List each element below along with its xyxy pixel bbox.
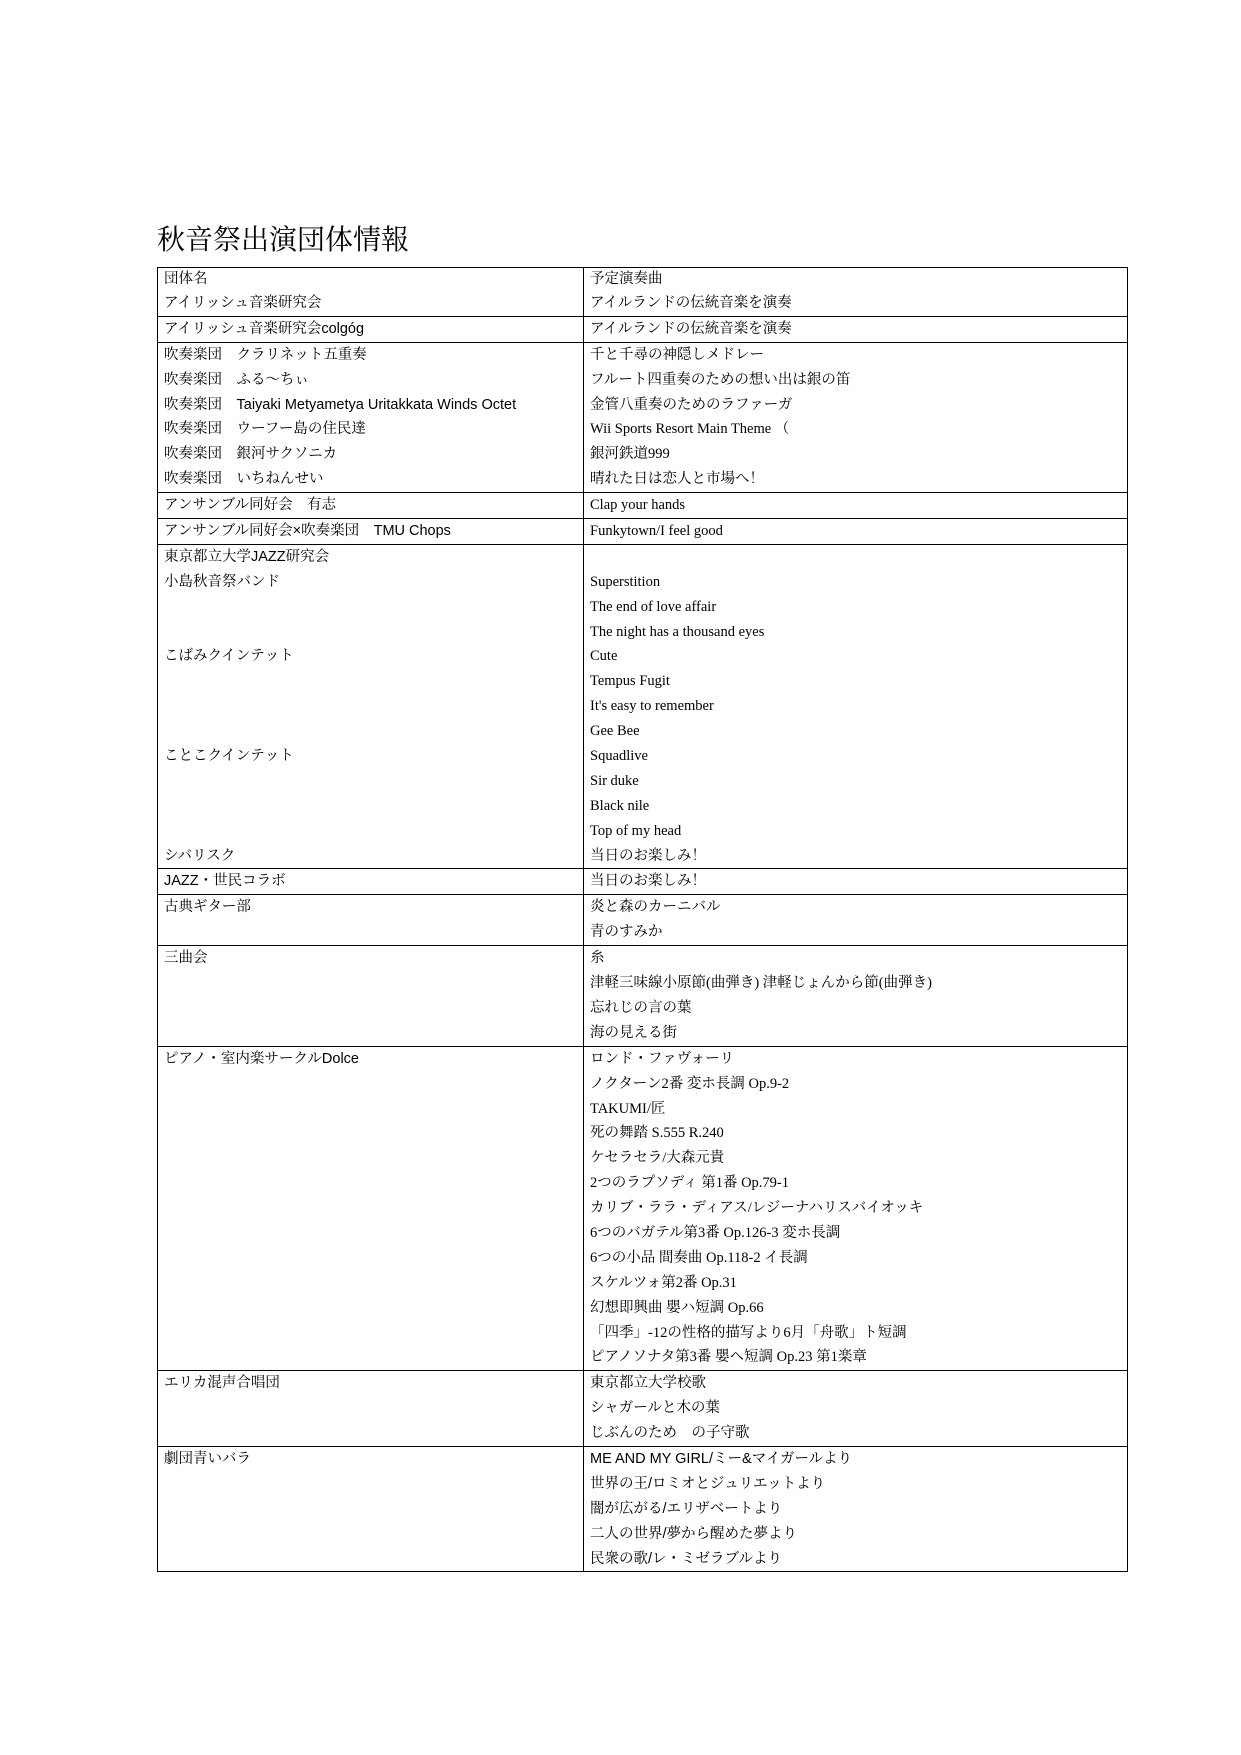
group-name-line: 吹奏楽団 クラリネット五重奏: [164, 343, 583, 368]
group-name-line: エリカ混声合唱団: [164, 1371, 583, 1396]
group-name-line: ことこクインテット: [164, 744, 583, 769]
song-line: 炎と森のカーニバル: [590, 895, 1127, 920]
group-cell: アイリッシュ音楽研究会colgóg: [158, 317, 584, 342]
performance-groups-table: 団体名 予定演奏曲 アイリッシュ音楽研究会アイルランドの伝統音楽を演奏アイリッシ…: [157, 267, 1128, 1572]
group-name-line: [164, 1196, 583, 1221]
songs-cell: アイルランドの伝統音楽を演奏: [584, 291, 1127, 316]
group-name-line: [164, 694, 583, 719]
song-line: It's easy to remember: [590, 694, 1127, 719]
group-cell: 古典ギター部: [158, 895, 584, 945]
group-name-line: 吹奏楽団 ふる〜ちぃ: [164, 368, 583, 393]
page-title: 秋音祭出演団体情報: [157, 218, 409, 258]
group-name-line: [164, 794, 583, 819]
group-name-line: [164, 1421, 583, 1446]
song-line: アイルランドの伝統音楽を演奏: [590, 317, 1127, 342]
song-line: 糸: [590, 946, 1127, 971]
group-name-line: [164, 1072, 583, 1097]
song-line: 6つのバガテル第3番 Op.126-3 変ホ長調: [590, 1221, 1127, 1246]
table-row: 古典ギター部炎と森のカーニバル青のすみか: [158, 894, 1127, 945]
group-cell: アンサンブル同好会×吹奏楽団 TMU Chops: [158, 519, 584, 544]
group-name-line: [164, 1321, 583, 1346]
group-name-line: 劇団青いバラ: [164, 1447, 583, 1472]
song-line: TAKUMI/匠: [590, 1097, 1127, 1122]
songs-cell: 炎と森のカーニバル青のすみか: [584, 895, 1127, 945]
group-name-line: アンサンブル同好会×吹奏楽団 TMU Chops: [164, 519, 583, 544]
songs-cell: アイルランドの伝統音楽を演奏: [584, 317, 1127, 342]
song-line: 世界の王/ロミオとジュリエットより: [590, 1472, 1127, 1497]
group-name-line: [164, 1296, 583, 1321]
song-line: Black nile: [590, 794, 1127, 819]
group-name-line: 東京都立大学JAZZ研究会: [164, 545, 583, 570]
song-line: 青のすみか: [590, 920, 1127, 945]
song-line: シャガールと木の葉: [590, 1396, 1127, 1421]
song-line: カリブ・ララ・ディアス/レジーナハリスバイオッキ: [590, 1196, 1127, 1221]
song-line: 晴れた日は恋人と市場へ！: [590, 467, 1127, 492]
song-line: ケセラセラ/大森元貴: [590, 1146, 1127, 1171]
group-cell: アンサンブル同好会 有志: [158, 493, 584, 518]
song-line: Gee Bee: [590, 719, 1127, 744]
song-line: 闇が広がる/エリザベートより: [590, 1497, 1127, 1522]
song-line: ピアノソナタ第3番 嬰ヘ短調 Op.23 第1楽章: [590, 1345, 1127, 1370]
group-name-line: 吹奏楽団 Taiyaki Metyametya Uritakkata Winds…: [164, 393, 583, 418]
group-name-line: [164, 1522, 583, 1547]
group-name-line: 吹奏楽団 銀河サクソニカ: [164, 442, 583, 467]
song-line: フルート四重奏のための想い出は銀の笛: [590, 368, 1127, 393]
songs-cell: ロンド・ファヴォーリノクターン2番 変ホ長調 Op.9-2TAKUMI/匠死の舞…: [584, 1047, 1127, 1371]
group-name-line: [164, 996, 583, 1021]
songs-cell: Funkytown/I feel good: [584, 519, 1127, 544]
song-line: [590, 545, 1127, 570]
table-row: JAZZ・世民コラボ当日のお楽しみ！: [158, 868, 1127, 894]
table-row: アイリッシュ音楽研究会colgógアイルランドの伝統音楽を演奏: [158, 316, 1127, 342]
group-name-line: [164, 669, 583, 694]
song-line: 死の舞踏 S.555 R.240: [590, 1121, 1127, 1146]
group-name-line: アイリッシュ音楽研究会colgóg: [164, 317, 583, 342]
song-line: 海の見える街: [590, 1021, 1127, 1046]
group-name-line: [164, 1171, 583, 1196]
song-line: アイルランドの伝統音楽を演奏: [590, 291, 1127, 316]
group-name-header-label: 団体名: [164, 268, 583, 291]
group-cell: アイリッシュ音楽研究会: [158, 291, 584, 316]
group-name-line: [164, 1246, 583, 1271]
group-cell: ピアノ・室内楽サークルDolce: [158, 1047, 584, 1371]
table-row: アンサンブル同好会×吹奏楽団 TMU ChopsFunkytown/I feel…: [158, 518, 1127, 544]
song-line: Tempus Fugit: [590, 669, 1127, 694]
planned-songs-header-cell: 予定演奏曲: [584, 268, 1127, 291]
group-cell: JAZZ・世民コラボ: [158, 869, 584, 894]
song-line: The end of love affair: [590, 595, 1127, 620]
song-line: 「四季」-12の性格的描写より6月「舟歌」ト短調: [590, 1321, 1127, 1346]
song-line: 千と千尋の神隠しメドレー: [590, 343, 1127, 368]
group-name-line: [164, 595, 583, 620]
song-line: ロンド・ファヴォーリ: [590, 1047, 1127, 1072]
table-row: 三曲会糸津軽三味線小原節(曲弾き) 津軽じょんから節(曲弾き)忘れじの言の葉海の…: [158, 945, 1127, 1046]
group-name-line: 古典ギター部: [164, 895, 583, 920]
songs-cell: 当日のお楽しみ！: [584, 869, 1127, 894]
group-name-line: 三曲会: [164, 946, 583, 971]
group-name-line: JAZZ・世民コラボ: [164, 869, 583, 894]
group-name-line: [164, 1221, 583, 1246]
song-line: Superstition: [590, 570, 1127, 595]
song-line: 金管八重奏のためのラファーガ: [590, 393, 1127, 418]
table-row: 東京都立大学JAZZ研究会小島秋音祭バンドこばみクインテットことこクインテットシ…: [158, 544, 1127, 869]
group-cell: エリカ混声合唱団: [158, 1371, 584, 1446]
group-name-line: [164, 920, 583, 945]
group-name-line: [164, 1472, 583, 1497]
song-line: 2つのラプソディ 第1番 Op.79-1: [590, 1171, 1127, 1196]
group-cell: 吹奏楽団 クラリネット五重奏吹奏楽団 ふる〜ちぃ吹奏楽団 Taiyaki Met…: [158, 343, 584, 492]
group-name-line: [164, 1396, 583, 1421]
song-line: 東京都立大学校歌: [590, 1371, 1127, 1396]
group-name-line: [164, 1271, 583, 1296]
group-name-line: [164, 1345, 583, 1370]
group-name-line: 小島秋音祭バンド: [164, 570, 583, 595]
song-line: ノクターン2番 変ホ長調 Op.9-2: [590, 1072, 1127, 1097]
songs-cell: Clap your hands: [584, 493, 1127, 518]
planned-songs-header-label: 予定演奏曲: [590, 268, 1127, 291]
song-line: 民衆の歌/レ・ミゼラブルより: [590, 1547, 1127, 1572]
group-name-line: アンサンブル同好会 有志: [164, 493, 583, 518]
group-cell: 東京都立大学JAZZ研究会小島秋音祭バンドこばみクインテットことこクインテットシ…: [158, 545, 584, 869]
group-name-line: アイリッシュ音楽研究会: [164, 291, 583, 316]
song-line: 当日のお楽しみ！: [590, 844, 1127, 869]
song-line: 6つの小品 間奏曲 Op.118-2 イ長調: [590, 1246, 1127, 1271]
table-row: 吹奏楽団 クラリネット五重奏吹奏楽団 ふる〜ちぃ吹奏楽団 Taiyaki Met…: [158, 342, 1127, 492]
table-row: アイリッシュ音楽研究会アイルランドの伝統音楽を演奏: [158, 291, 1127, 316]
song-line: じぶんのため の子守歌: [590, 1421, 1127, 1446]
group-name-line: [164, 1146, 583, 1171]
song-line: 銀河鉄道999: [590, 442, 1127, 467]
group-name-header-cell: 団体名: [158, 268, 584, 291]
document-page: 秋音祭出演団体情報 団体名 予定演奏曲 アイリッシュ音楽研究会アイルランドの伝統…: [0, 0, 1241, 1755]
group-cell: 劇団青いバラ: [158, 1447, 584, 1571]
group-name-line: [164, 769, 583, 794]
group-name-line: [164, 1021, 583, 1046]
song-line: 津軽三味線小原節(曲弾き) 津軽じょんから節(曲弾き): [590, 971, 1127, 996]
song-line: Clap your hands: [590, 493, 1127, 518]
song-line: The night has a thousand eyes: [590, 620, 1127, 645]
songs-cell: ME AND MY GIRL/ミー&マイガールより世界の王/ロミオとジュリエット…: [584, 1447, 1127, 1571]
song-line: 幻想即興曲 嬰ハ短調 Op.66: [590, 1296, 1127, 1321]
group-name-line: [164, 1547, 583, 1572]
group-name-line: [164, 819, 583, 844]
songs-cell: 千と千尋の神隠しメドレーフルート四重奏のための想い出は銀の笛金管八重奏のためのラ…: [584, 343, 1127, 492]
song-line: Sir duke: [590, 769, 1127, 794]
group-name-line: [164, 620, 583, 645]
group-name-line: [164, 1121, 583, 1146]
songs-cell: 糸津軽三味線小原節(曲弾き) 津軽じょんから節(曲弾き)忘れじの言の葉海の見える…: [584, 946, 1127, 1046]
group-name-line: ピアノ・室内楽サークルDolce: [164, 1047, 583, 1072]
song-line: Squadlive: [590, 744, 1127, 769]
songs-cell: SuperstitionThe end of love affairThe ni…: [584, 545, 1127, 869]
table-header-row: 団体名 予定演奏曲: [158, 268, 1127, 291]
group-name-line: [164, 719, 583, 744]
song-line: スケルツォ第2番 Op.31: [590, 1271, 1127, 1296]
song-line: Top of my head: [590, 819, 1127, 844]
table-row: アンサンブル同好会 有志Clap your hands: [158, 492, 1127, 518]
table-row: エリカ混声合唱団東京都立大学校歌シャガールと木の葉じぶんのため の子守歌: [158, 1370, 1127, 1446]
song-line: Cute: [590, 644, 1127, 669]
table-body: アイリッシュ音楽研究会アイルランドの伝統音楽を演奏アイリッシュ音楽研究会colg…: [158, 291, 1127, 1571]
group-name-line: [164, 1097, 583, 1122]
group-name-line: [164, 1497, 583, 1522]
table-row: ピアノ・室内楽サークルDolceロンド・ファヴォーリノクターン2番 変ホ長調 O…: [158, 1046, 1127, 1371]
song-line: 忘れじの言の葉: [590, 996, 1127, 1021]
table-row: 劇団青いバラME AND MY GIRL/ミー&マイガールより世界の王/ロミオと…: [158, 1446, 1127, 1571]
group-cell: 三曲会: [158, 946, 584, 1046]
song-line: 当日のお楽しみ！: [590, 869, 1127, 894]
group-name-line: シバリスク: [164, 844, 583, 869]
song-line: Wii Sports Resort Main Theme （: [590, 417, 1127, 442]
group-name-line: 吹奏楽団 ウーフー島の住民達: [164, 417, 583, 442]
group-name-line: こばみクインテット: [164, 644, 583, 669]
song-line: 二人の世界/夢から醒めた夢より: [590, 1522, 1127, 1547]
group-name-line: 吹奏楽団 いちねんせい: [164, 467, 583, 492]
group-name-line: [164, 971, 583, 996]
song-line: Funkytown/I feel good: [590, 519, 1127, 544]
songs-cell: 東京都立大学校歌シャガールと木の葉じぶんのため の子守歌: [584, 1371, 1127, 1446]
song-line: ME AND MY GIRL/ミー&マイガールより: [590, 1447, 1127, 1472]
